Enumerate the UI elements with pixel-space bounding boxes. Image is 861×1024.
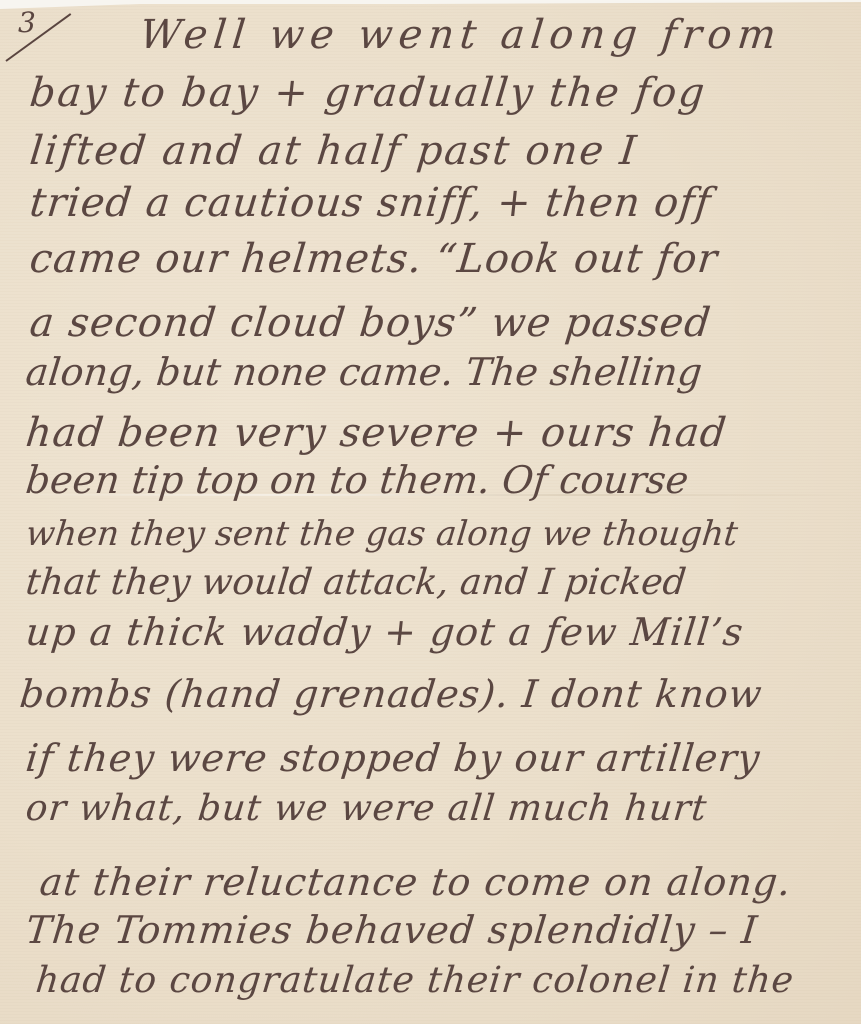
handwritten-line: if they were stopped by our artillery [24,736,763,780]
handwritten-line: Well we went along from [138,12,784,58]
handwritten-line: tried a cautious sniff, + then off [28,180,714,226]
handwritten-line: along, but none came. The shelling [24,350,705,394]
handwritten-line: came our helmets. “Look out for [28,236,721,282]
handwritten-line: when they sent the gas along we thought [24,514,740,554]
handwritten-line: bay to bay + gradually the fog [28,70,709,116]
handwritten-line: The Tommies behaved splendidly – I [24,908,760,952]
handwritten-line: a second cloud boys” we passed [28,300,714,346]
handwritten-line: had been very severe + ours had [24,410,730,456]
handwritten-line: at their reluctance to come on along. [38,860,794,904]
handwritten-line: up a thick waddy + got a few Mill’s [24,610,746,654]
handwritten-line: or what, but we were all much hurt [24,788,709,829]
page-number: 3 [18,6,36,39]
handwritten-line: lifted and at half past one I [28,128,641,174]
handwritten-line: bombs (hand grenades). I dont know [18,672,765,716]
handwritten-line: had to congratulate their colonel in the [34,960,796,1001]
handwritten-line: been tip top on to them. Of course [24,458,691,502]
handwritten-line: that they would attack, and I picked [24,562,688,603]
